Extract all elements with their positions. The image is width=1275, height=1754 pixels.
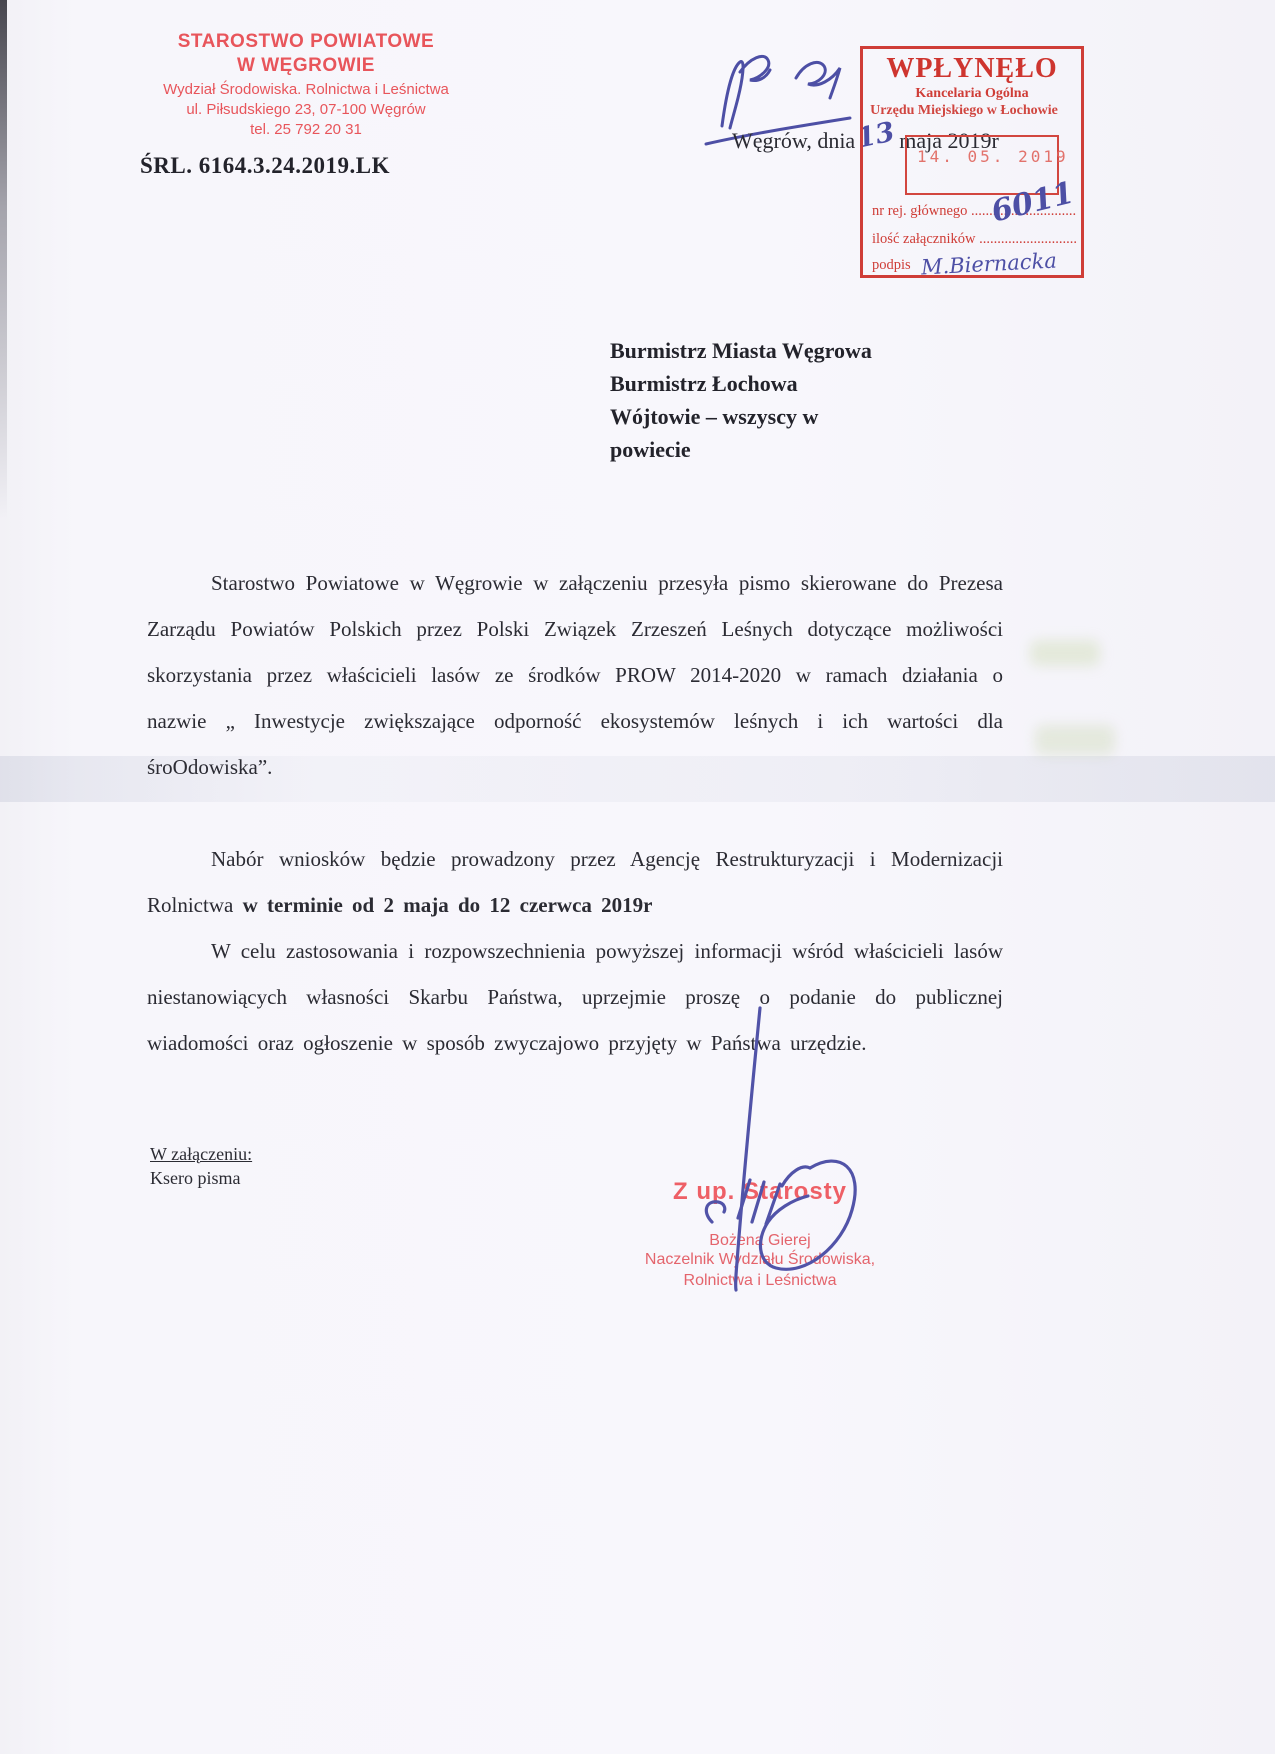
body-paragraph-1: Starostwo Powiatowe w Węgrowie w załącze…	[147, 560, 1003, 790]
receipt-date: 14. 05. 2019	[917, 147, 1069, 166]
letterhead-department: Wydział Środowiska. Rolnictwa i Leśnictw…	[88, 80, 524, 99]
addressee-line: powiecie	[610, 433, 872, 466]
bleedthrough-artifact	[1035, 725, 1115, 755]
deadline-emphasis: w terminie od 2 maja do 12 czerwca 2019r	[243, 893, 653, 917]
signatory-title-line1: Naczelnik Wydziału Środowiska,	[620, 1250, 900, 1271]
signature-authority: Z up. Starosty	[620, 1178, 900, 1206]
letter-body: Starostwo Powiatowe w Węgrowie w załącze…	[147, 560, 1003, 1066]
letterhead-address: ul. Piłsudskiego 23, 07-100 Węgrów	[88, 100, 524, 119]
signature-row-label: podpis	[872, 257, 911, 274]
letterhead-org-line2: W WĘGROWIE	[88, 54, 524, 78]
body-paragraph-3: W celu zastosowania i rozpowszechnienia …	[147, 928, 1003, 1066]
scan-edge-shadow	[0, 0, 7, 520]
handwritten-clerk-signature: M.Biernacka	[920, 248, 1057, 279]
addressee-block: Burmistrz Miasta Węgrowa Burmistrz Łocho…	[610, 334, 872, 466]
reference-number: ŚRL. 6164.3.24.2019.LK	[140, 153, 390, 179]
attachment-heading: W załączeniu:	[150, 1142, 252, 1166]
letterhead-org-line1: STAROSTWO POWIATOWE	[88, 30, 524, 54]
receipt-stamp-office: Kancelaria Ogólna	[863, 85, 1081, 103]
attachments-count-row: ilość załączników ......................…	[872, 231, 1077, 248]
addressee-line: Burmistrz Łochowa	[610, 367, 872, 400]
scanned-letter-page: STAROSTWO POWIATOWE W WĘGROWIE Wydział Ś…	[0, 0, 1275, 1754]
attachment-note: W załączeniu: Ksero pisma	[150, 1142, 252, 1191]
signatory-title-line2: Rolnictwa i Leśnictwa	[620, 1271, 900, 1292]
bleedthrough-artifact	[1030, 640, 1100, 666]
receipt-stamp-office2: Urzędu Miejskiego w Łochowie	[855, 103, 1073, 119]
receipt-stamp-title: WPŁYNĘŁO	[863, 53, 1081, 85]
letterhead-stamp: STAROSTWO POWIATOWE W WĘGROWIE Wydział Ś…	[88, 30, 524, 139]
attachment-item: Ksero pisma	[150, 1166, 252, 1190]
addressee-line: Wójtowie – wszyscy w	[610, 400, 872, 433]
signature-block: Z up. Starosty Bożena Gierej Naczelnik W…	[620, 1178, 900, 1292]
body-paragraph-2: Nabór wniosków będzie prowadzony przez A…	[147, 836, 1003, 928]
receipt-stamp: WPŁYNĘŁO Kancelaria Ogólna Urzędu Miejsk…	[860, 46, 1084, 278]
addressee-line: Burmistrz Miasta Węgrowa	[610, 334, 872, 367]
date-prefix: Węgrów, dnia	[732, 128, 855, 153]
letterhead-phone: tel. 25 792 20 31	[88, 120, 524, 139]
signatory-name: Bożena Gierej	[620, 1232, 900, 1250]
